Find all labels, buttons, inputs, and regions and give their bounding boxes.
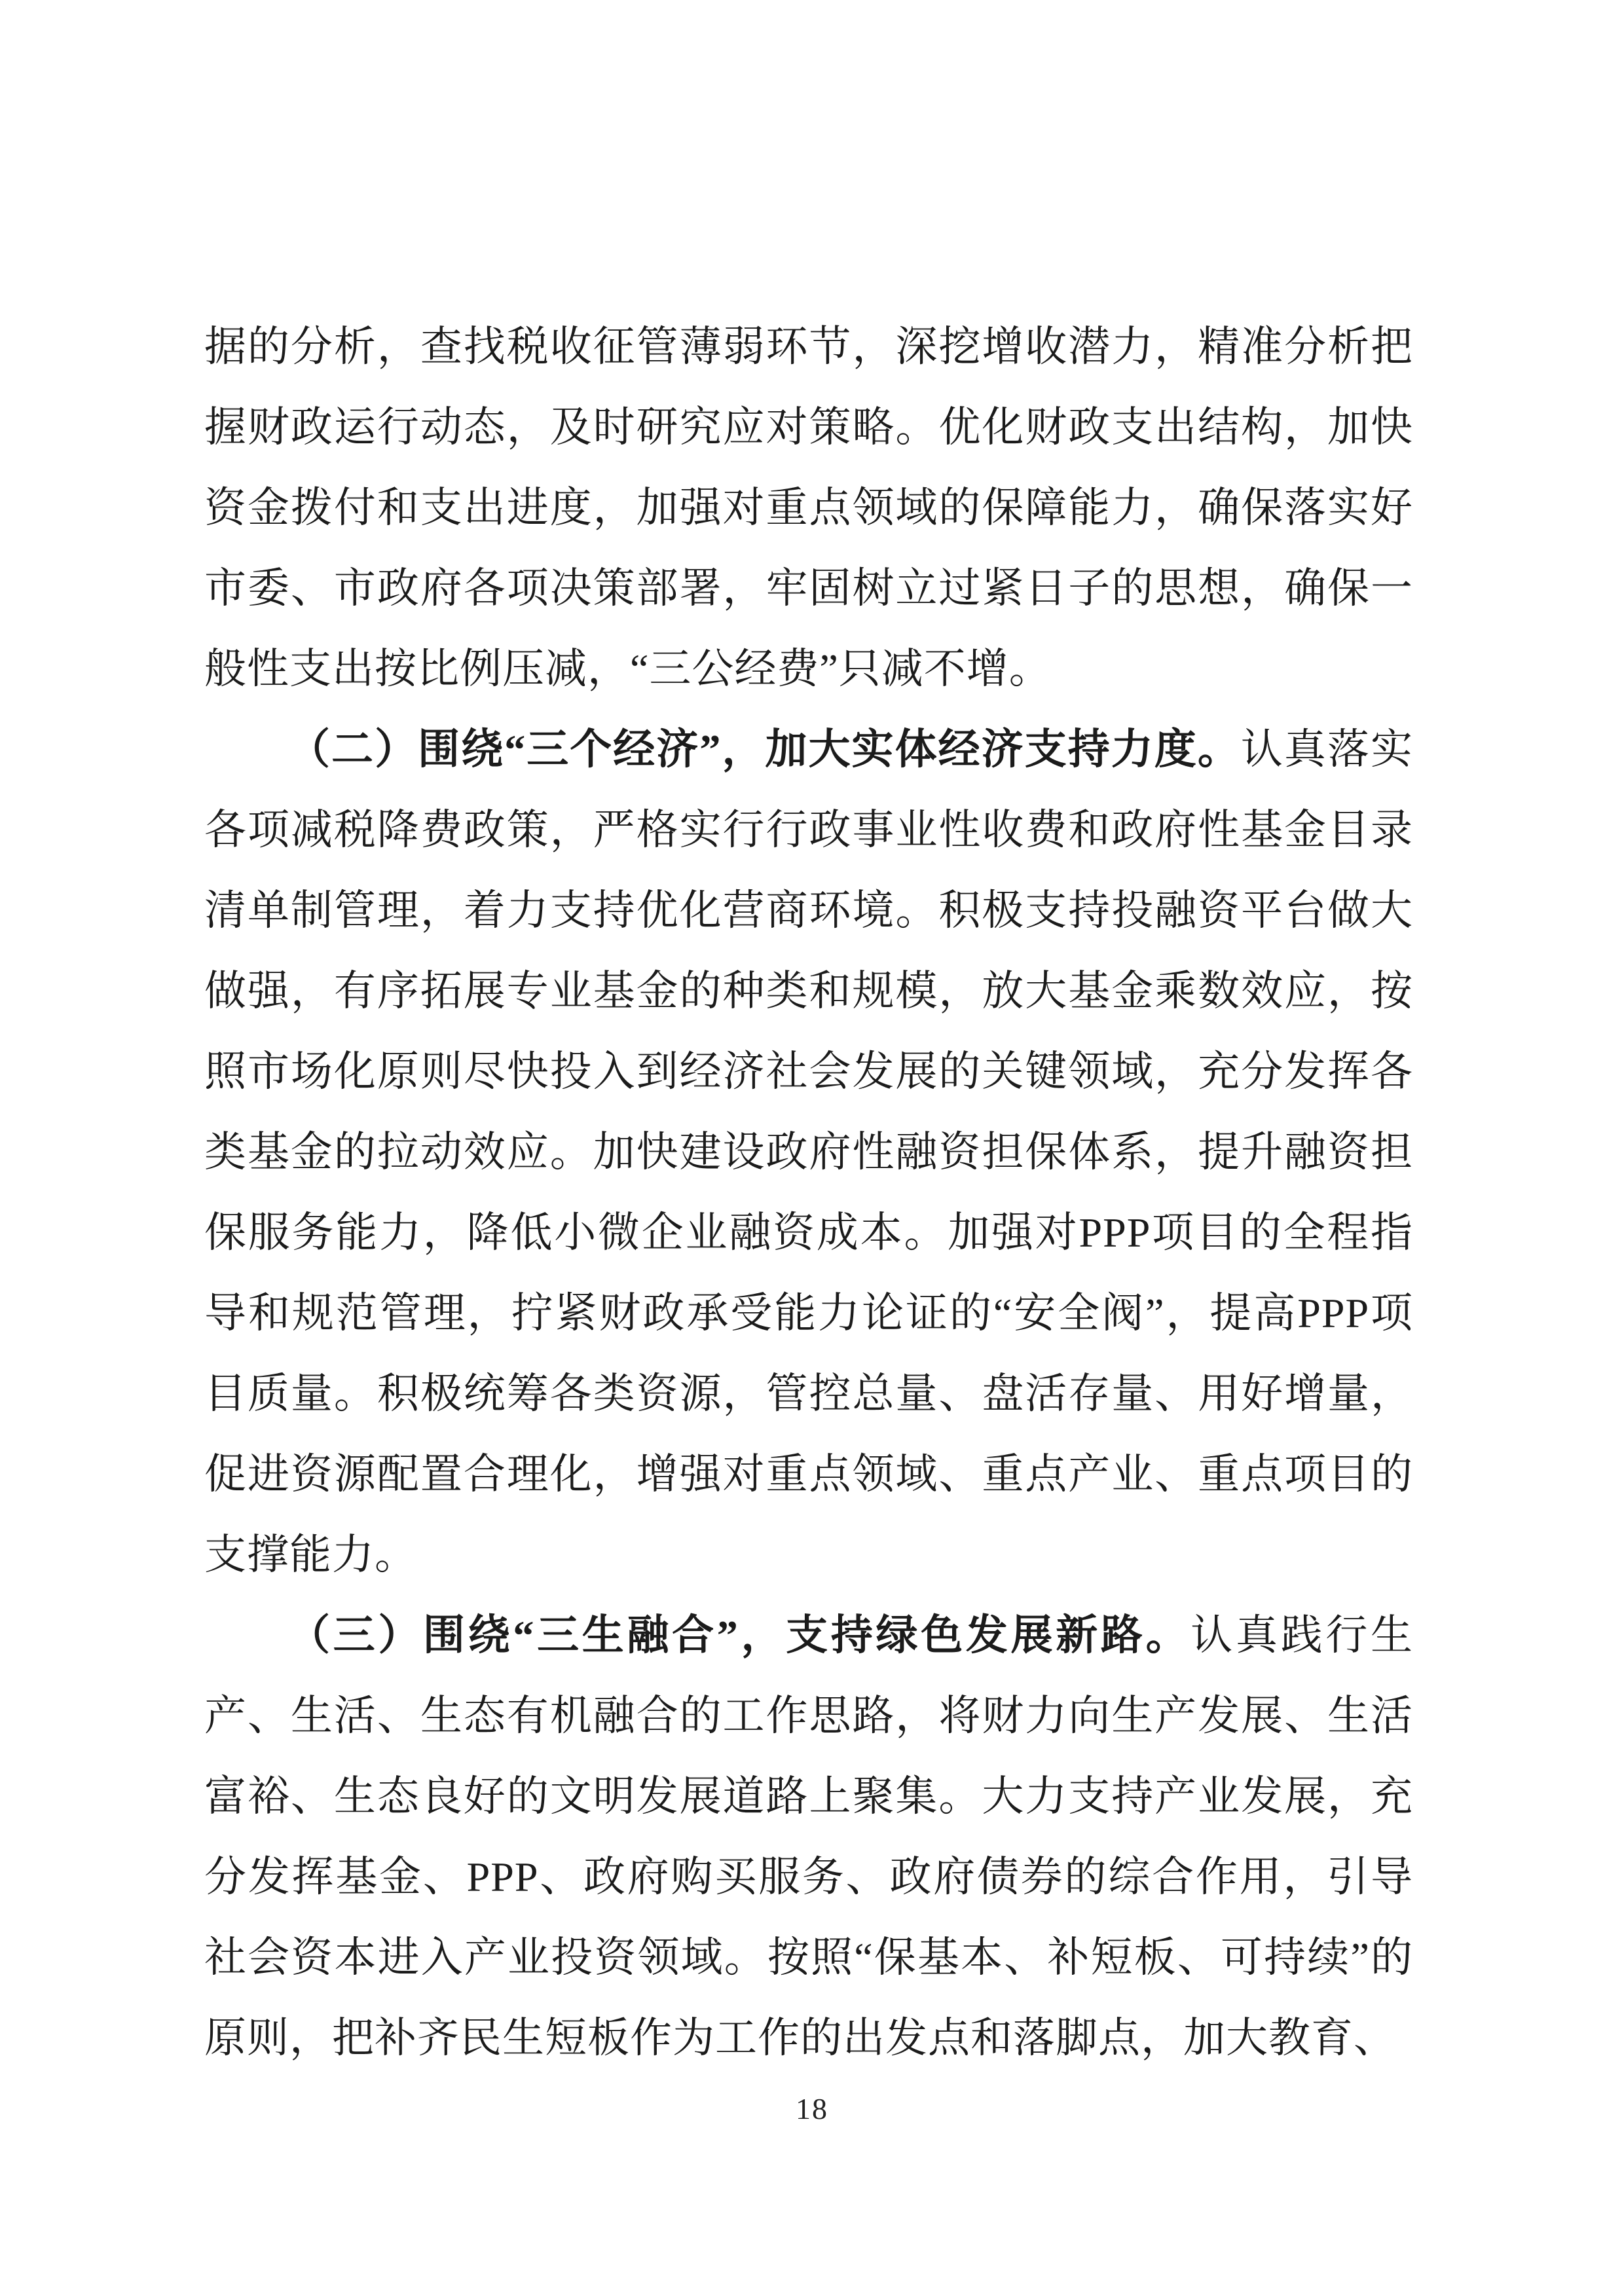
- paragraph: 据的分析，查找税收征管薄弱环节，深挖增收潜力，精准分析把握财政运行动态，及时研究…: [204, 306, 1413, 709]
- text-block: 据的分析，查找税收征管薄弱环节，深挖增收潜力，精准分析把握财政运行动态，及时研究…: [204, 306, 1413, 2078]
- paragraph-lead: （三）围绕“三生融合”，支持绿色发展新路。: [288, 1612, 1190, 1659]
- paragraph-text: 认真践行生产、生活、生态有机融合的工作思路，将财力向生产发展、生活富裕、生态良好…: [204, 1612, 1413, 2061]
- paragraph-text: 认真落实各项减税降费政策，严格实行行政事业性收费和政府性基金目录清单制管理，着力…: [204, 726, 1413, 1578]
- document-page: 据的分析，查找税收征管薄弱环节，深挖增收潜力，精准分析把握财政运行动态，及时研究…: [0, 0, 1624, 2295]
- paragraph: （三）围绕“三生融合”，支持绿色发展新路。认真践行生产、生活、生态有机融合的工作…: [204, 1595, 1413, 2078]
- page-number: 18: [0, 2093, 1624, 2126]
- paragraph-lead: （二）围绕“三个经济”，加大实体经济支持力度。: [288, 726, 1241, 773]
- paragraph: （二）围绕“三个经济”，加大实体经济支持力度。认真落实各项减税降费政策，严格实行…: [204, 709, 1413, 1595]
- paragraph-text: 据的分析，查找税收征管薄弱环节，深挖增收潜力，精准分析把握财政运行动态，及时研究…: [204, 323, 1413, 692]
